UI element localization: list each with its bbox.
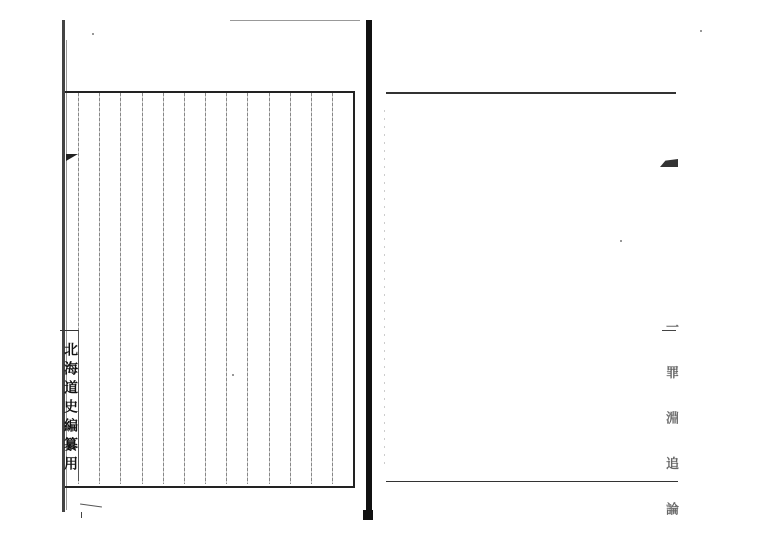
ruled-line	[269, 93, 270, 484]
speck	[232, 374, 234, 376]
ruled-line	[332, 93, 333, 484]
ruled-line	[120, 93, 121, 484]
ruled-line	[226, 93, 227, 484]
foot-mark	[80, 503, 102, 507]
top-faint-line	[230, 20, 360, 21]
speck	[700, 30, 702, 32]
speck	[620, 240, 622, 242]
ruled-line	[142, 93, 143, 484]
ruled-line	[247, 93, 248, 484]
scanned-book-spread: 北海道史編纂用 一 罪 淵 追 論	[0, 0, 768, 544]
fold-mark-icon	[66, 154, 78, 161]
right-page-faint-line	[384, 110, 385, 470]
ruled-line	[205, 93, 206, 484]
ruled-line	[163, 93, 164, 484]
ruled-line	[99, 93, 100, 484]
right-page-bottom-rule	[386, 481, 678, 482]
right-edge-text: 一 罪 淵 追 論	[664, 320, 680, 529]
margin-label-text: 北海道史編纂用	[62, 342, 78, 475]
right-page-top-rule	[386, 92, 676, 94]
right-fold-mark-icon	[660, 159, 678, 167]
center-binding-foot	[363, 510, 373, 520]
ruled-line	[311, 93, 312, 484]
foot-tick	[81, 512, 82, 518]
ruled-line	[290, 93, 291, 484]
speck	[92, 33, 94, 35]
ruled-line	[184, 93, 185, 484]
center-binding-gutter	[366, 20, 372, 520]
